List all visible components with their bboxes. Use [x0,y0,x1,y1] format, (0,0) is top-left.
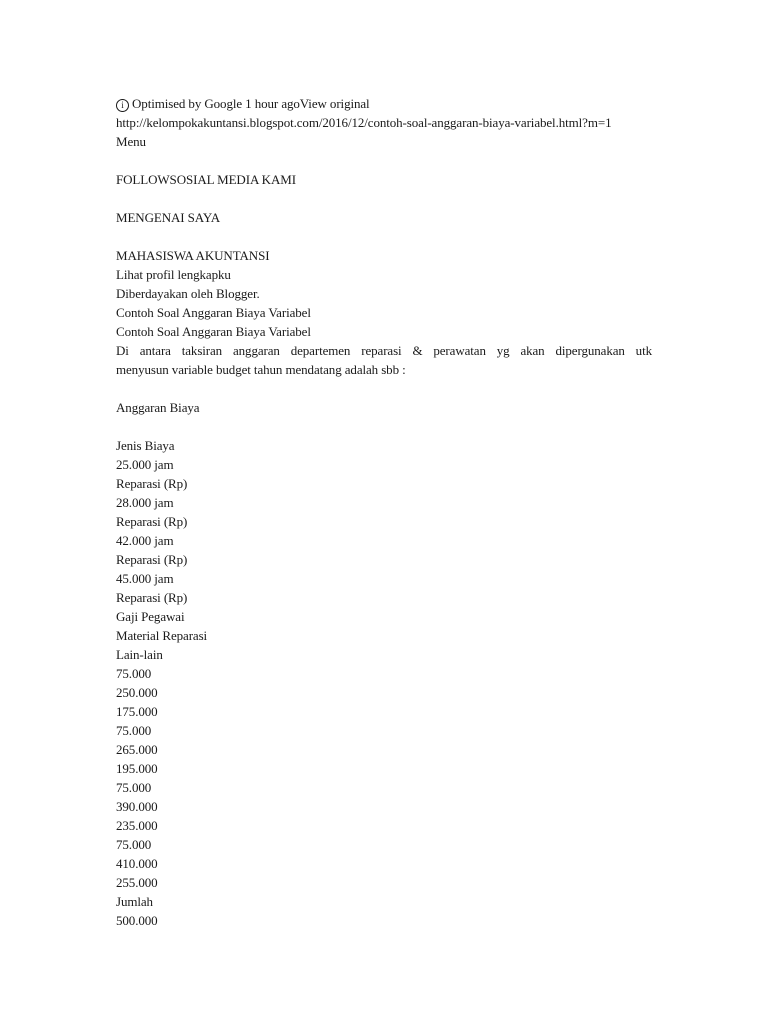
optimised-banner: iOptimised by Google 1 hour agoView orig… [116,94,652,113]
article-intro-line: menyusun variable budget tahun mendatang… [116,360,652,379]
table-cell-line: 25.000 jam [116,455,652,474]
table-cell-line: 265.000 [116,740,652,759]
table-cell-line: Lain-lain [116,645,652,664]
table-cell-line: 500.000 [116,911,652,930]
profile-name: MAHASISWA AKUNTANSI [116,246,652,265]
view-original-link[interactable]: View original [300,96,370,111]
spacer [116,189,652,208]
spacer [116,417,652,436]
budget-table-flattened: Jenis Biaya25.000 jamReparasi (Rp)28.000… [116,436,652,930]
table-cell-line: Jumlah [116,892,652,911]
table-cell-line: 175.000 [116,702,652,721]
table-caption: Anggaran Biaya [116,398,652,417]
optimised-text: Optimised by Google 1 hour ago [132,96,300,111]
menu-link[interactable]: Menu [116,132,652,151]
table-cell-line: 75.000 [116,664,652,683]
table-cell-line: 75.000 [116,721,652,740]
table-cell-line: 28.000 jam [116,493,652,512]
source-url[interactable]: http://kelompokakuntansi.blogspot.com/20… [116,113,652,132]
table-cell-line: 255.000 [116,873,652,892]
article-intro-line: Di antara taksiran anggaran departemen r… [116,341,652,360]
table-cell-line: Reparasi (Rp) [116,550,652,569]
info-circle-icon[interactable]: i [116,99,129,112]
source-url-link[interactable]: http://kelompokakuntansi.blogspot.com/20… [116,115,611,130]
table-cell-line: Reparasi (Rp) [116,512,652,531]
table-cell-line: Reparasi (Rp) [116,474,652,493]
table-cell-line: 195.000 [116,759,652,778]
about-me-heading: MENGENAI SAYA [116,208,652,227]
powered-by-text: Diberdayakan oleh Blogger. [116,284,652,303]
table-cell-line: 410.000 [116,854,652,873]
breadcrumb-title[interactable]: Contoh Soal Anggaran Biaya Variabel [116,303,652,322]
table-cell-line: 75.000 [116,778,652,797]
table-cell-line: 235.000 [116,816,652,835]
table-cell-line: Jenis Biaya [116,436,652,455]
table-cell-line: 250.000 [116,683,652,702]
table-cell-line: 75.000 [116,835,652,854]
table-cell-line: 45.000 jam [116,569,652,588]
table-cell-line: 42.000 jam [116,531,652,550]
table-cell-line: Reparasi (Rp) [116,588,652,607]
table-cell-line: 390.000 [116,797,652,816]
document-page: iOptimised by Google 1 hour agoView orig… [116,94,652,930]
spacer [116,227,652,246]
spacer [116,379,652,398]
article-intro: Di antara taksiran anggaran departemen r… [116,341,652,379]
profile-link[interactable]: Lihat profil lengkapku [116,265,652,284]
article-title: Contoh Soal Anggaran Biaya Variabel [116,322,652,341]
spacer [116,151,652,170]
follow-social-heading: FOLLOWSOSIAL MEDIA KAMI [116,170,652,189]
table-cell-line: Gaji Pegawai [116,607,652,626]
table-cell-line: Material Reparasi [116,626,652,645]
